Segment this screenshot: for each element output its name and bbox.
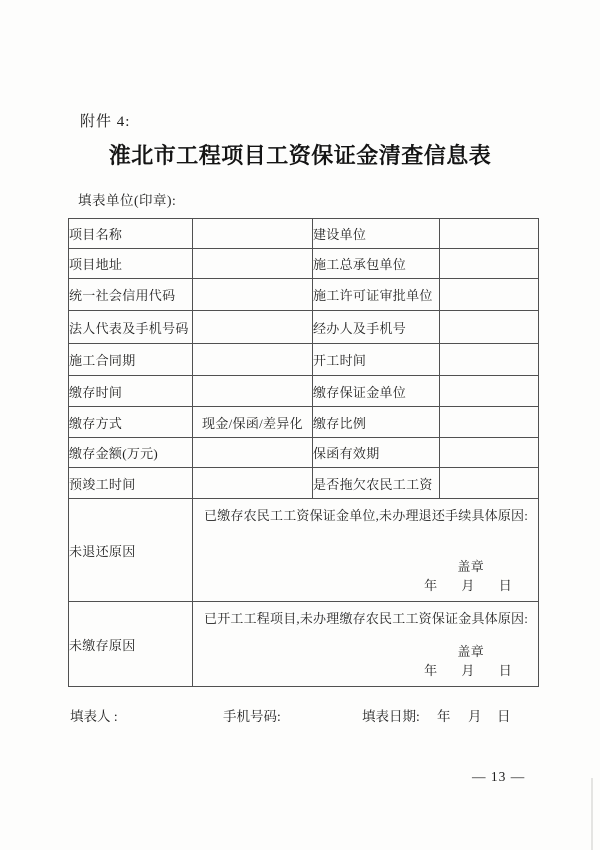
field-value-cell: [440, 219, 539, 249]
field-value-cell: [193, 219, 313, 249]
field-value-cell: [440, 468, 539, 499]
date-day-label: 日: [499, 663, 512, 678]
reason-instruction: 已开工工程项目,未办理缴存农民工工资保证金具体原因:: [193, 603, 538, 627]
field-value-cell: [193, 438, 313, 468]
page-number: — 13 —: [472, 769, 525, 785]
seal-date-line: 年月日: [193, 575, 538, 594]
field-label: 缴存方式: [69, 407, 193, 438]
reason-instruction: 已缴存农民工工资保证金单位,未办理退还手续具体原因:: [193, 500, 538, 524]
field-value-cell: [440, 438, 539, 468]
field-value-cell: [440, 279, 539, 311]
table-row: 缴存时间 缴存保证金单位: [69, 376, 539, 407]
seal-label: 盖章: [193, 641, 538, 660]
info-table: 项目名称 建设单位 项目地址 施工总承包单位 统一社会信用代码 施工许可证审批单…: [68, 218, 539, 687]
table-row: 项目名称 建设单位: [69, 219, 539, 249]
table-row: 统一社会信用代码 施工许可证审批单位: [69, 279, 539, 311]
footer-day-label: 日: [497, 705, 511, 725]
deposit-method-options: 现金/保函/差异化: [193, 407, 313, 438]
date-year-label: 年: [424, 578, 437, 593]
field-label: 缴存保证金单位: [313, 376, 440, 407]
field-value-cell: [440, 344, 539, 376]
field-label: 缴存比例: [313, 407, 440, 438]
date-year-label: 年: [424, 663, 437, 678]
field-value-cell: [193, 344, 313, 376]
document-page: 附件 4: 淮北市工程项目工资保证金清查信息表 填表单位(印章): 项目名称 建…: [0, 0, 600, 850]
field-label: 建设单位: [313, 219, 440, 249]
field-value-cell: [193, 468, 313, 499]
field-label: 统一社会信用代码: [69, 279, 193, 311]
attachment-label: 附件 4:: [80, 110, 130, 131]
reason-cell-not-deposited: 已开工工程项目,未办理缴存农民工工资保证金具体原因: 盖章 年月日: [193, 602, 539, 687]
date-month-label: 月: [461, 663, 474, 678]
seal-date-line: 年月日: [193, 660, 538, 679]
field-value-cell: [193, 279, 313, 311]
table-row: 缴存金额(万元) 保函有效期: [69, 438, 539, 468]
footer-year-label: 年: [437, 705, 451, 725]
reason-cell-not-returned: 已缴存农民工工资保证金单位,未办理退还手续具体原因: 盖章 年月日: [193, 499, 539, 602]
seal-label: 盖章: [193, 556, 538, 575]
field-label: 是否拖欠农民工工资: [313, 468, 440, 499]
form-filler-label: 填表人 :: [70, 705, 118, 725]
field-value-cell: [440, 311, 539, 344]
field-label: 施工合同期: [69, 344, 193, 376]
field-label: 施工许可证审批单位: [313, 279, 440, 311]
table-row: 项目地址 施工总承包单位: [69, 249, 539, 279]
reason-row: 未退还原因 已缴存农民工工资保证金单位,未办理退还手续具体原因: 盖章 年月日: [69, 499, 539, 602]
field-value-cell: [440, 407, 539, 438]
field-label: 经办人及手机号: [313, 311, 440, 344]
field-label: 施工总承包单位: [313, 249, 440, 279]
field-label: 项目地址: [69, 249, 193, 279]
field-label: 未退还原因: [69, 499, 193, 602]
table-row: 预竣工时间 是否拖欠农民工工资: [69, 468, 539, 499]
footer-line: 填表人 : 手机号码: 填表日期: 年 月 日: [0, 705, 600, 725]
field-label: 预竣工时间: [69, 468, 193, 499]
field-value-cell: [193, 311, 313, 344]
field-label: 项目名称: [69, 219, 193, 249]
reason-row: 未缴存原因 已开工工程项目,未办理缴存农民工工资保证金具体原因: 盖章 年月日: [69, 602, 539, 687]
table-row: 法人代表及手机号码 经办人及手机号: [69, 311, 539, 344]
field-value-cell: [193, 376, 313, 407]
date-month-label: 月: [461, 578, 474, 593]
field-value-cell: [440, 376, 539, 407]
field-label: 法人代表及手机号码: [69, 311, 193, 344]
field-value-cell: [440, 249, 539, 279]
phone-number-label: 手机号码:: [223, 705, 281, 725]
field-label: 缴存金额(万元): [69, 438, 193, 468]
field-label: 开工时间: [313, 344, 440, 376]
field-label: 未缴存原因: [69, 602, 193, 687]
table-row: 缴存方式 现金/保函/差异化 缴存比例: [69, 407, 539, 438]
field-label: 保函有效期: [313, 438, 440, 468]
footer-month-label: 月: [468, 705, 482, 725]
scan-edge-artifact: [591, 778, 593, 850]
fill-date-label: 填表日期:: [362, 705, 420, 725]
table-row: 施工合同期 开工时间: [69, 344, 539, 376]
field-value-cell: [193, 249, 313, 279]
date-day-label: 日: [499, 578, 512, 593]
field-label: 缴存时间: [69, 376, 193, 407]
page-title: 淮北市工程项目工资保证金清查信息表: [0, 139, 600, 170]
form-unit-label: 填表单位(印章):: [78, 189, 176, 209]
